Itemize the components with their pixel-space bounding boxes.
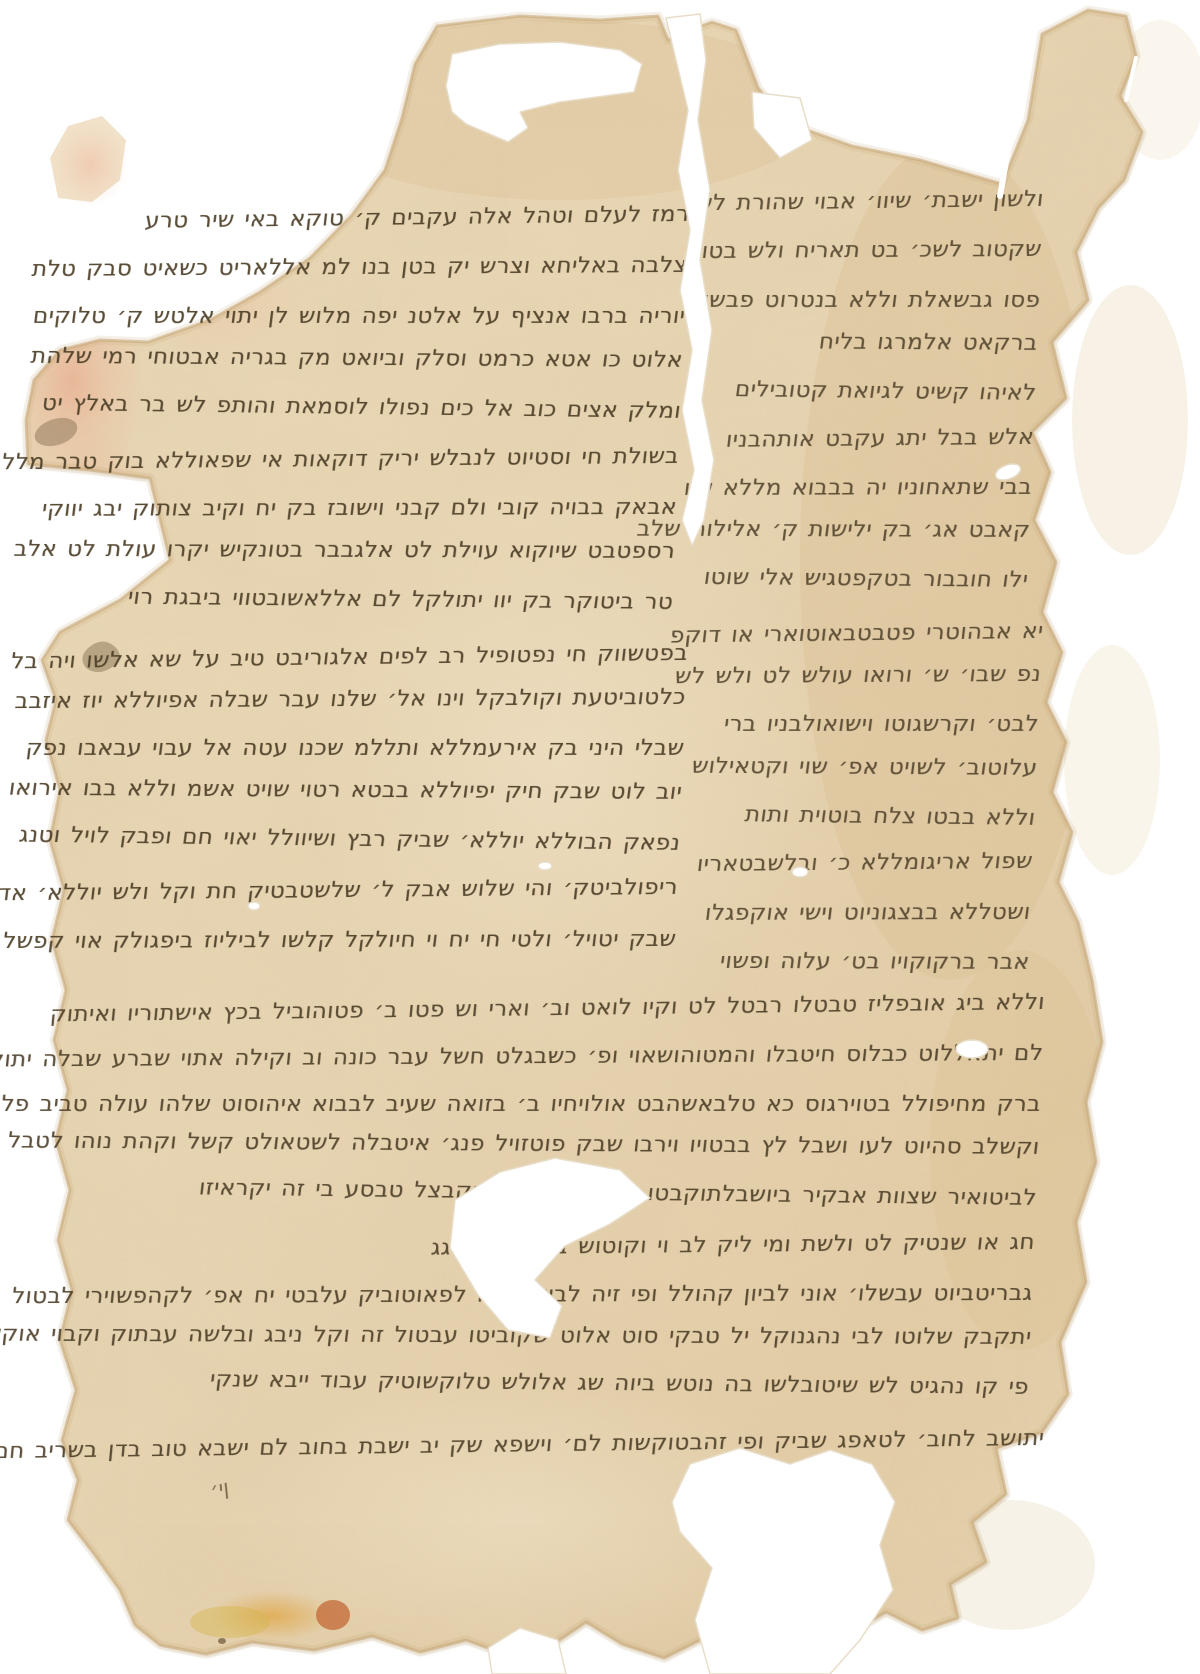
left-column-line: בשולת חי וסטיוט לנבלש יריק דוקאות אי שפא… [1,443,681,474]
left-column-line: נפאק הבוללא יוללא׳ שביק רבץ ושיוולל יאוי… [17,823,682,856]
right-column-line: אבר ברקוקויו בט׳ עלוה ופשוי [718,948,1031,974]
left-column-line: יוריה ברבו אנציף על אלטנ יפה מלוש לן יתו… [31,304,686,329]
right-column-line: נפ שבו׳ ש׳ ורואו עולש לט ולש לש [673,662,1042,689]
left-column-line: שבק יטויל׳ ולטי חי יח וי חיולקל קלשו לבי… [1,926,677,953]
left-column-line: אלוט כו אטא כרמט וסלק וביואט מק בגריה אב… [30,344,685,373]
lower-block-line: חג או שנטיק לט ולשת ומי ליק לב וי וקוטוש… [430,1230,1036,1261]
left-column-line: צלבה באליחא וצרש יק בטן בנו למ אללאריט כ… [30,253,688,282]
right-column-line: אלש בבל יתג עקבט אותהבניו [725,424,1036,452]
right-column-line: ושטללא בבצגוניוט וישי אוקפגלו [704,899,1033,925]
left-column-line: בפטשווק חי נפטופיל רב לפים אלגוריבט טיב … [10,640,690,674]
lower-block-line: ברק מחיפולל בטוירגוס כא טלבאשהבט אולויחי… [0,1091,1042,1116]
right-column-line: עלוטוב׳ לשויט אפ׳ שוי וקטאילוש [690,753,1039,780]
right-column-line: ילו חובבור בטקפטגיש אלי שוטו [702,565,1029,593]
left-column-line: טר ביטוקר בק יוו יתולקל לם אללאשובטווי ב… [126,584,674,614]
left-column-line: שבלי היני בק אירעמללא ותללמ שכנו עטה אל … [24,736,685,761]
right-column-line: יא אבהוטרי פטבטבאוטוארי או דוקפ [668,618,1044,648]
right-column-line: שקטוב לשכ׳ בט תאריח ולש בטוב [687,237,1044,264]
right-column-line: וללא בבטו צלח בוטוית ותות [743,802,1037,831]
manuscript-scan: רמז לעלם וטהל אלה עקבים ק׳ טוקא באי שיר … [0,0,1200,1674]
right-column-line: לבט׳ וקרשגוטו וישואולבניו ברי [723,712,1041,737]
lower-block-line: יתושב לחוב׳ לטאפג שביק ופי זהבטוקשות לם׳… [0,1426,1045,1465]
left-column-line: יוב לוט שבק חיק יפיוללא בבטא רטוי שויט א… [7,775,683,804]
scribal-mark: ןי׳ [209,1475,230,1504]
right-column-line: קאבט אג׳ בק ילישות ק׳ אלילוח שלב [635,516,1031,542]
right-column-line: לאיהו קשיט לגיואת קטובילים [733,377,1038,406]
lower-block-line: פי קו נהגיט לש שיטובלשו בה נוטש ביוה שג … [209,1367,1031,1400]
right-column-line: ברקאט אלמרגו בליח [818,329,1040,355]
lower-block-line: לביטואיר שצוות אבקיר ביושבלתוקבטו ויט אג… [198,1175,1039,1210]
right-column-line: שפול אריגומללא כ׳ ובלשבטאריו [696,849,1034,877]
left-column-line: רמז לעלם וטהל אלה עקבים ק׳ טוקא באי שיר … [143,202,690,234]
left-column-line: אבאק בבויה קובי ולם קבני וישובז בק יח וק… [41,494,679,521]
right-column-line: בבי שתאחוניו יה בבבוא מללא שיו [682,474,1033,500]
lower-block-line: יתקבק שלוטו לבי נהגנוקל יל טבקי סוט אלוט… [0,1321,1032,1349]
left-column-line: רספטבט שיוקוא עוילת לט אלגבבר בטונקיש יק… [12,536,676,563]
lower-block-line: וללא ביג אובפליז טבטלו רבטל לט וקיו לואט… [49,990,1046,1027]
left-column-line: כלטוביטעת וקולבקל וינו אל׳ שלנו עבר שבלה… [14,685,688,714]
lower-block-line: וקשלב סהיוט לעו ושבל לץ בבטויו וירבו שבק… [0,1128,1040,1160]
lower-block-line: גבריטביוט עבשלו׳ אוני לביון קהולל ופי זי… [11,1280,1034,1308]
left-column-line: ריפולביטק׳ והי שלוש אבק ל׳ שלשטבטיק חת ו… [0,875,679,907]
left-column-line: ומלק אצים כוב אל כים נפולו לוסמאת והותפ … [40,391,682,424]
handwritten-text-layer: רמז לעלם וטהל אלה עקבים ק׳ טוקא באי שיר … [0,0,1200,1674]
lower-block-line: לם יתאללוט כבלוס חיטבלו והמטוהושאוי ופ׳ … [0,1040,1044,1072]
right-column-line: ולשון ישבת׳ שיוו׳ אבוי שהורת לש [695,187,1045,216]
right-column-line: פסו גבשאלת וללא בנטרוט פבשלו [687,287,1041,312]
